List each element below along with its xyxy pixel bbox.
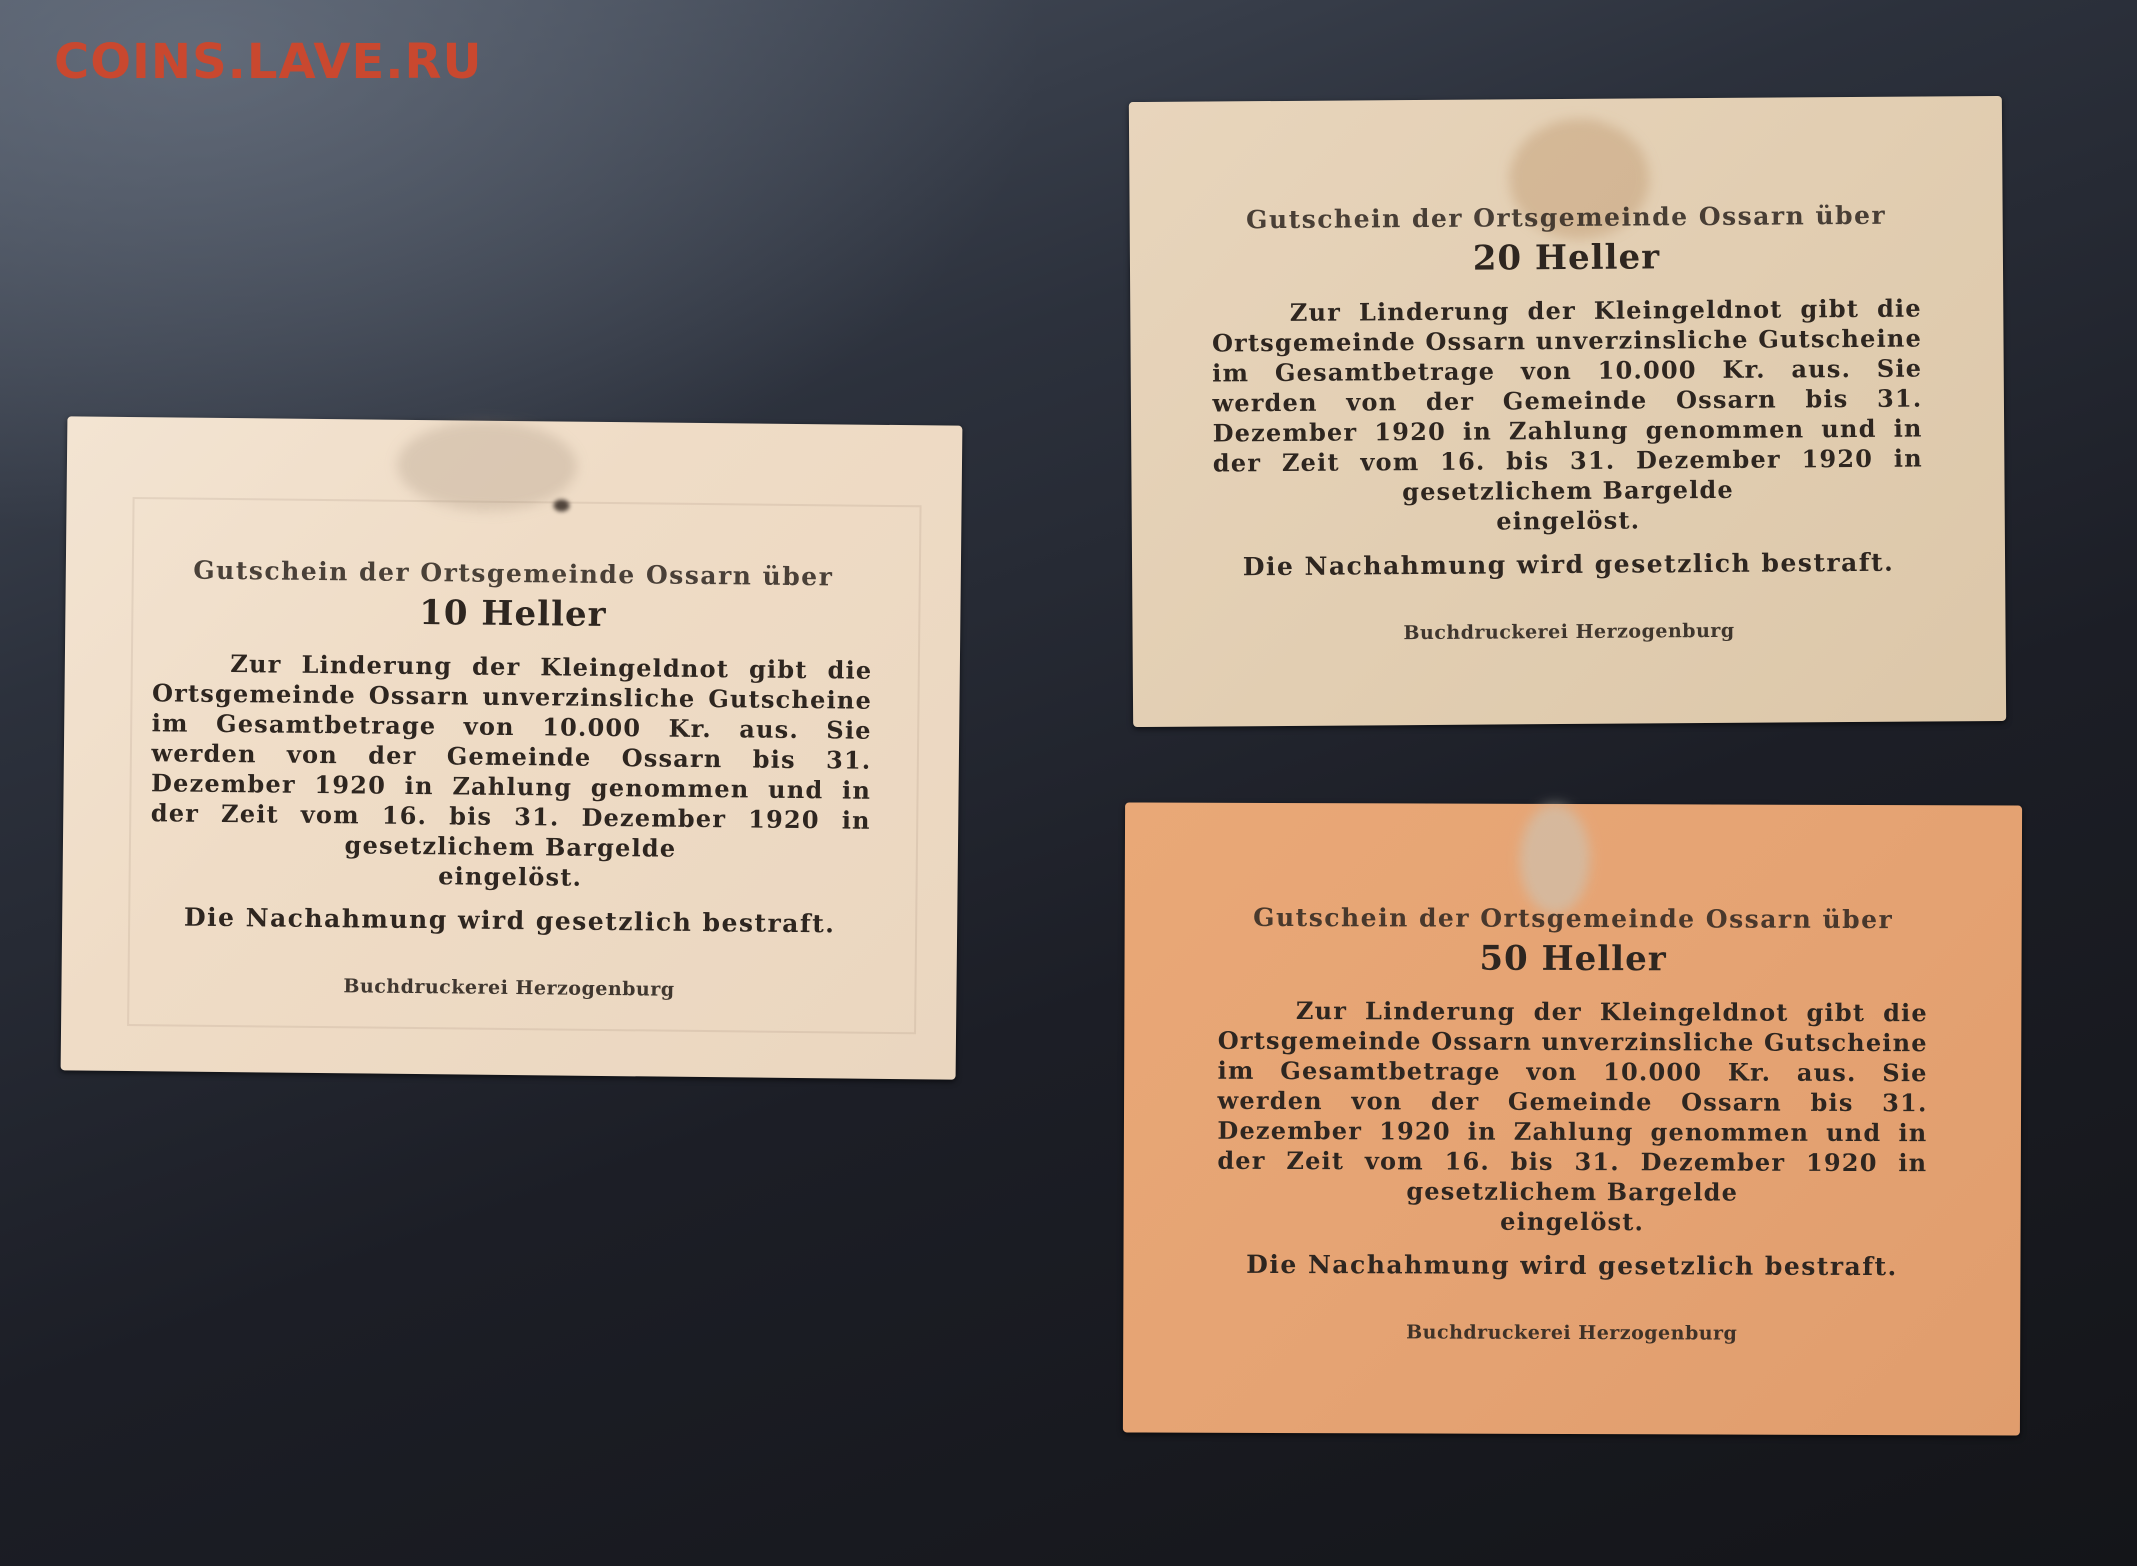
note-denomination: 50 Heller: [1124, 937, 2021, 980]
banknote-10-heller: Gutschein der Ortsgemeinde Ossarn über 1…: [61, 416, 963, 1079]
banknote-20-heller: Gutschein der Ortsgemeinde Ossarn über 2…: [1129, 96, 2006, 727]
banknote-50-heller: Gutschein der Ortsgemeinde Ossarn über 5…: [1123, 802, 2022, 1435]
fold-stain: [396, 420, 577, 512]
faded-stain: [1520, 804, 1590, 914]
note-denomination: 10 Heller: [65, 589, 960, 638]
note-body-text: Zur Linderung der Kleingeldnot gibt die …: [1212, 294, 1924, 539]
printer-imprint: Buchdruckerei Herzogenburg: [1132, 618, 2005, 646]
counterfeit-warning: Die Nachahmung wird gesetzlich bestraft.: [1132, 547, 2005, 582]
counterfeit-warning: Die Nachahmung wird gesetzlich bestraft.: [1123, 1249, 2020, 1281]
hole-mark: [553, 499, 569, 511]
site-watermark: COINS.LAVE.RU: [54, 34, 482, 90]
note-header: Gutschein der Ortsgemeinde Ossarn über: [1125, 902, 2022, 934]
note-body-text: Zur Linderung der Kleingeldnot gibt die …: [150, 648, 872, 896]
note-body-text: Zur Linderung der Kleingeldnot gibt die …: [1217, 996, 1928, 1238]
note-denomination: 20 Heller: [1130, 235, 2003, 281]
note-header: Gutschein der Ortsgemeinde Ossarn über: [1130, 200, 2003, 235]
printer-imprint: Buchdruckerei Herzogenburg: [1123, 1320, 2020, 1345]
counterfeit-warning: Die Nachahmung wird gesetzlich bestraft.: [62, 901, 957, 939]
